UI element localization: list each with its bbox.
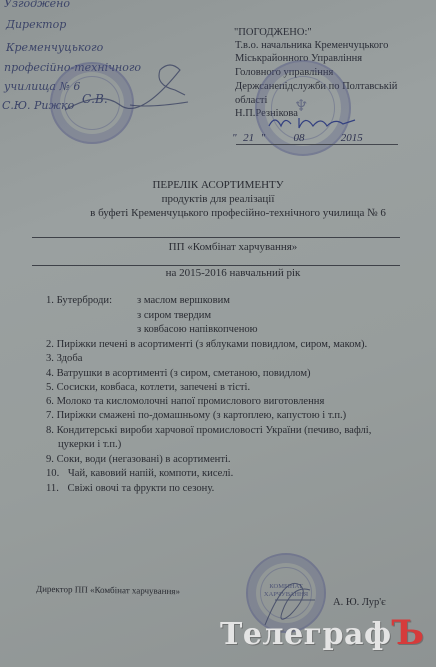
list-item: 6. Молоко та кисломолочні напої промисло… [46,395,324,409]
date-year: 2015 [333,132,363,144]
director-name: А. Ю. Лур'є [333,597,386,608]
list-item-text: Ватрушки в асортименті (з сиром, сметано… [57,368,311,379]
list-item-number: 3. [46,353,54,364]
list-item-number: 6. [46,396,54,407]
document-subtitle: продуктів для реалізації [0,192,436,206]
list-item-text: Здоба [57,353,83,364]
list-item-number: 10. [46,468,59,479]
telegraf-watermark-logo: ТелеграфЪ [220,613,425,653]
list-item-text: Кондитерські вироби харчової промисловос… [57,425,372,436]
list-item: 11. Свіжі овочі та фрукти по сезону. [46,482,214,496]
list-item: 7. Пиріжки смажені по-домашньому (з карт… [46,409,346,423]
list-item-number: 8. [46,425,54,436]
list-subitem: з сиром твердим [137,309,211,323]
list-item-number: 11. [46,483,59,494]
divider-rule [32,237,400,238]
left-approval-line: Узгоджено [4,0,70,11]
list-item-number: 4. [46,368,54,379]
signature-initials: С.В. [82,92,108,107]
list-item-number: 1. [46,295,54,306]
list-item-number: 7. [46,410,54,421]
list-item-text: Сосиски, ковбаса, котлети, запечені в ті… [57,382,251,393]
list-item-text: Свіжі овочі та фрукти по сезону. [68,483,215,494]
list-item-text: Соки, води (негазовані) в асортименті. [57,454,231,465]
list-item-text: Пиріжки печені в асортименті (з яблуками… [57,339,368,350]
list-item-number: 2. [46,339,54,350]
school-year: на 2015-2016 навчальний рік [0,266,436,280]
list-item: 5. Сосиски, ковбаса, котлети, запечені в… [46,381,250,395]
stamp-text: КОМБІНАТ ХАРЧУВАННЯ [258,583,314,599]
list-item-text: Молоко та кисломолочні напої промисловог… [57,396,325,407]
list-subitem: з маслом вершковим [137,294,230,308]
left-approval-line: Директор [6,17,66,32]
list-item-text: Пиріжки смажені по-домашньому (з картопл… [57,410,347,421]
list-item: 8. Кондитерські вироби харчової промисло… [46,424,371,438]
list-item: 4. Ватрушки в асортименті (з сиром, смет… [46,367,311,381]
watermark-text: Телеграф [220,617,392,652]
watermark-accent: Ъ [392,613,425,653]
list-item: 9. Соки, води (негазовані) в асортименті… [46,453,231,467]
document-title-block: ПЕРЕЛІК АСОРТИМЕНТУ продуктів для реаліз… [0,178,436,220]
date-day: 21 [237,132,261,144]
company-name: ПП «Комбінат харчування» [0,240,436,254]
left-approval-line: Кременчуцького [6,40,103,55]
approval-line: Т.в.о. начальника Кременчуцького [235,39,388,52]
date-underline [236,144,398,145]
list-item: 3. Здоба [46,352,82,366]
list-item: 10. Чай, кавовий напій, компоти, киселі. [46,467,233,481]
approval-date: "21" 08 2015 [232,132,363,144]
director-label: Директор ПП «Комбінат харчування» [36,584,180,597]
list-item-number: 5. [46,382,54,393]
list-item-number: 9. [46,454,54,465]
document-title: ПЕРЕЛІК АСОРТИМЕНТУ [0,178,436,192]
list-item: 1. Бутерброди: [46,294,112,308]
list-item-continuation: цукерки і т.п.) [58,438,121,452]
date-month: 08 [268,132,330,144]
trident-emblem-icon: ♆ [294,96,308,116]
list-subitem: з ковбасою напівкопченою [137,323,258,337]
list-item-text: Чай, кавовий напій, компоти, киселі. [68,468,233,479]
approval-heading: "ПОГОДЖЕНО:" [234,26,312,39]
list-item-text: Бутерброди: [57,295,112,306]
list-item: 2. Пиріжки печені в асортименті (з яблук… [46,338,367,352]
document-location: в буфеті Кременчуцького професійно-техні… [0,206,436,220]
